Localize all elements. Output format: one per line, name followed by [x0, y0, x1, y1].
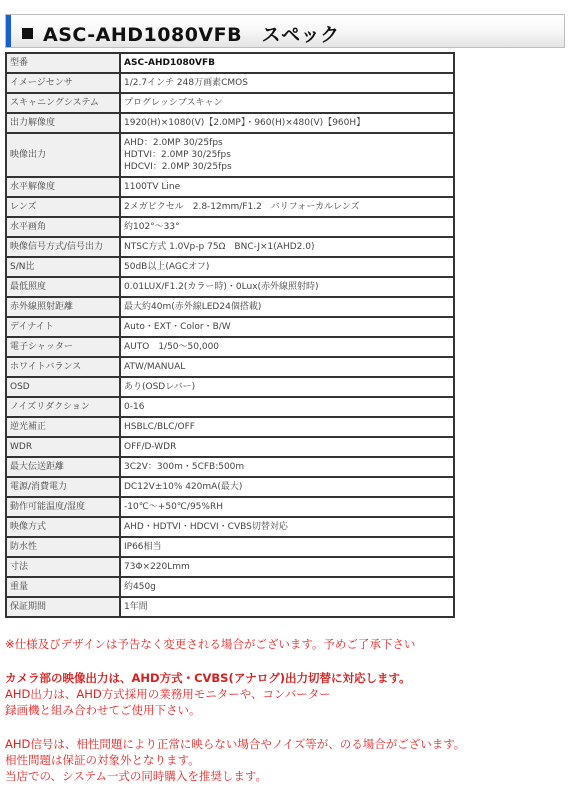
- spec-row: 映像信号方式/信号出力NTSC方式 1.0Vp-p 75Ω BNC-J×1(AH…: [6, 237, 454, 257]
- spec-row: 最大伝送距離3C2V：300m・5CFB:500m: [6, 457, 454, 477]
- spec-value: 50dB以上(AGCオフ): [120, 257, 454, 277]
- spec-value: ATW/MANUAL: [120, 357, 454, 377]
- spec-label: スキャニングシステム: [6, 93, 120, 113]
- spec-value: HSBLC/BLC/OFF: [120, 417, 454, 437]
- spec-row: 動作可能温度/湿度-10℃～+50℃/95%RH: [6, 497, 454, 517]
- spec-label: S/N比: [6, 257, 120, 277]
- spec-row: 水平画角約102°～33°: [6, 217, 454, 237]
- compat-line-1: AHD信号は、相性問題により正常に映らない場合やノイズ等が、のる場合がございます…: [5, 736, 565, 752]
- spec-value: IP66相当: [120, 537, 454, 557]
- spec-value: 1/2.7インチ 248万画素CMOS: [120, 73, 454, 93]
- spec-value: 約450g: [120, 577, 454, 597]
- spec-label: 電子シャッター: [6, 337, 120, 357]
- spec-row: 水平解像度1100TV Line: [6, 177, 454, 197]
- spec-value: 1年間: [120, 597, 454, 617]
- spec-row: S/N比50dB以上(AGCオフ): [6, 257, 454, 277]
- spec-label: 最大伝送距離: [6, 457, 120, 477]
- spec-value: -10℃～+50℃/95%RH: [120, 497, 454, 517]
- spec-label: レンズ: [6, 197, 120, 217]
- spec-row: デイナイトAuto・EXT・Color・B/W: [6, 317, 454, 337]
- spec-value: 0.01LUX/F1.2(カラー時)・0Lux(赤外線照射時): [120, 277, 454, 297]
- spec-row: 映像方式AHD・HDTVI・HDCVI・CVBS切替対応: [6, 517, 454, 537]
- spec-label: イメージセンサ: [6, 73, 120, 93]
- spec-label: 赤外線照射距離: [6, 297, 120, 317]
- page-title: ASC-AHD1080VFB スペック: [22, 20, 340, 47]
- square-bullet-icon: [22, 28, 33, 39]
- spec-label: 寸法: [6, 557, 120, 577]
- spec-value: Auto・EXT・Color・B/W: [120, 317, 454, 337]
- spec-label: 重量: [6, 577, 120, 597]
- spec-row: OSDあり(OSDレバー): [6, 377, 454, 397]
- spec-row: レンズ2メガピクセル 2.8-12mm/F1.2 バリフォーカルレンズ: [6, 197, 454, 217]
- spec-row: イメージセンサ1/2.7インチ 248万画素CMOS: [6, 73, 454, 93]
- spec-value: プログレッシブスキャン: [120, 93, 454, 113]
- spec-label: 映像信号方式/信号出力: [6, 237, 120, 257]
- spec-value-line: HDCVI：2.0MP 30/25fps: [124, 161, 450, 173]
- spec-value: 73Φ×220Lmm: [120, 557, 454, 577]
- compat-line-2: 相性問題は保証の対象外となります。: [5, 752, 565, 768]
- page-title-text: ASC-AHD1080VFB スペック: [43, 24, 340, 46]
- spec-row: ノイズリダクション0-16: [6, 397, 454, 417]
- spec-label: 電源/消費電力: [6, 477, 120, 497]
- spec-label: 逆光補正: [6, 417, 120, 437]
- spec-label: 保証期間: [6, 597, 120, 617]
- spec-row: 重量約450g: [6, 577, 454, 597]
- notes-section: ※仕様及びデザインは予告なく変更される場合がございます。予めご了承下さい カメラ…: [5, 636, 565, 784]
- spec-label: 防水性: [6, 537, 120, 557]
- compat-line-3: 当店での、システム一式の同時購入を推奨します。: [5, 768, 565, 784]
- spec-label: 水平画角: [6, 217, 120, 237]
- spec-value: 3C2V：300m・5CFB:500m: [120, 457, 454, 477]
- spec-row: 赤外線照射距離最大約40m(赤外線LED24個搭載): [6, 297, 454, 317]
- spec-label: 最低照度: [6, 277, 120, 297]
- spec-row: ホワイトバランスATW/MANUAL: [6, 357, 454, 377]
- spec-table-body: 型番ASC-AHD1080VFBイメージセンサ1/2.7インチ 248万画素CM…: [6, 53, 454, 617]
- spec-value: 1100TV Line: [120, 177, 454, 197]
- ahd-usage-line-1: AHD出力は、AHD方式採用の業務用モニターや、コンバーター: [5, 686, 565, 702]
- spec-label: デイナイト: [6, 317, 120, 337]
- section-title-bar: ASC-AHD1080VFB スペック: [5, 14, 565, 48]
- output-notice: カメラ部の映像出力は、AHD方式・CVBS(アナログ)出力切替に対応します。: [5, 670, 565, 686]
- spec-value: 約102°～33°: [120, 217, 454, 237]
- spec-label: ノイズリダクション: [6, 397, 120, 417]
- spec-row: 逆光補正HSBLC/BLC/OFF: [6, 417, 454, 437]
- spec-value: 1920(H)×1080(V)【2.0MP】・960(H)×480(V)【960…: [120, 113, 454, 133]
- spec-value: あり(OSDレバー): [120, 377, 454, 397]
- spec-row: 型番ASC-AHD1080VFB: [6, 53, 454, 73]
- disclaimer-note: ※仕様及びデザインは予告なく変更される場合がございます。予めご了承下さい: [5, 636, 565, 652]
- spec-row: 防水性IP66相当: [6, 537, 454, 557]
- spec-value-line: HDTVI：2.0MP 30/25fps: [124, 149, 450, 161]
- spec-value: 最大約40m(赤外線LED24個搭載): [120, 297, 454, 317]
- spec-label: 出力解像度: [6, 113, 120, 133]
- spec-value: NTSC方式 1.0Vp-p 75Ω BNC-J×1(AHD2.0): [120, 237, 454, 257]
- title-accent-bar: [6, 15, 11, 47]
- spec-table: 型番ASC-AHD1080VFBイメージセンサ1/2.7インチ 248万画素CM…: [5, 52, 455, 618]
- spec-label: 映像方式: [6, 517, 120, 537]
- spec-row: WDROFF/D-WDR: [6, 437, 454, 457]
- spec-label: ホワイトバランス: [6, 357, 120, 377]
- spec-value-line: AHD：2.0MP 30/25fps: [124, 137, 450, 149]
- spec-label: 映像出力: [6, 133, 120, 177]
- spec-row: 出力解像度1920(H)×1080(V)【2.0MP】・960(H)×480(V…: [6, 113, 454, 133]
- spec-row: スキャニングシステムプログレッシブスキャン: [6, 93, 454, 113]
- spec-label: 動作可能温度/湿度: [6, 497, 120, 517]
- spec-label: WDR: [6, 437, 120, 457]
- spec-row: 寸法73Φ×220Lmm: [6, 557, 454, 577]
- spec-row: 映像出力AHD：2.0MP 30/25fpsHDTVI：2.0MP 30/25f…: [6, 133, 454, 177]
- spec-label: 型番: [6, 53, 120, 73]
- spec-label: 水平解像度: [6, 177, 120, 197]
- spec-value: ASC-AHD1080VFB: [120, 53, 454, 73]
- ahd-usage-line-2: 録画機と組み合わせてご使用下さい。: [5, 702, 565, 718]
- spec-value: AUTO 1/50～50,000: [120, 337, 454, 357]
- spec-value: OFF/D-WDR: [120, 437, 454, 457]
- spec-row: 保証期間1年間: [6, 597, 454, 617]
- spec-value: AHD・HDTVI・HDCVI・CVBS切替対応: [120, 517, 454, 537]
- spec-value: AHD：2.0MP 30/25fpsHDTVI：2.0MP 30/25fpsHD…: [120, 133, 454, 177]
- spec-value: DC12V±10% 420mA(最大): [120, 477, 454, 497]
- spec-label: OSD: [6, 377, 120, 397]
- spec-value: 2メガピクセル 2.8-12mm/F1.2 バリフォーカルレンズ: [120, 197, 454, 217]
- spec-value: 0-16: [120, 397, 454, 417]
- spec-row: 電源/消費電力DC12V±10% 420mA(最大): [6, 477, 454, 497]
- spec-row: 電子シャッターAUTO 1/50～50,000: [6, 337, 454, 357]
- spec-row: 最低照度0.01LUX/F1.2(カラー時)・0Lux(赤外線照射時): [6, 277, 454, 297]
